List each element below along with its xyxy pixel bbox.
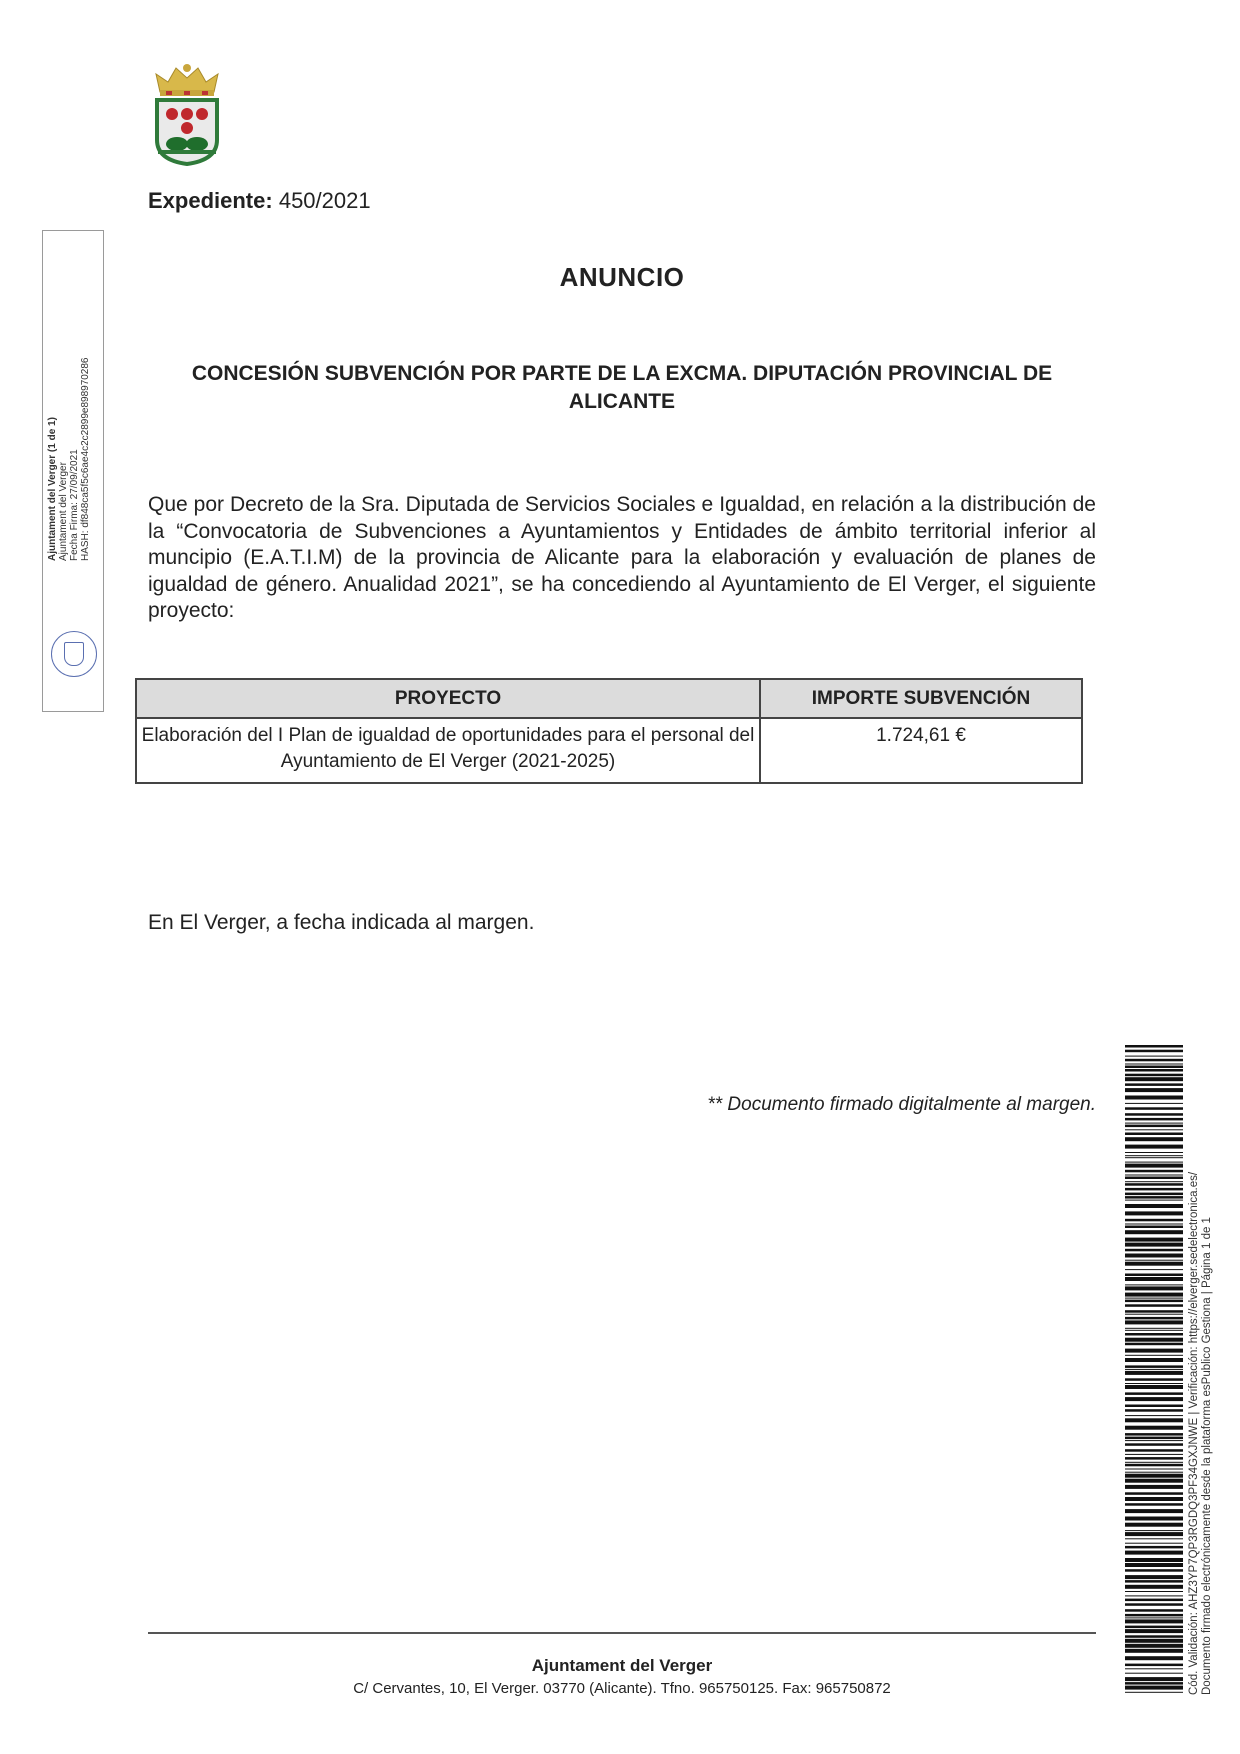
expediente-label: Expediente:	[148, 188, 273, 213]
place-date: En El Verger, a fecha indicada al margen…	[148, 911, 534, 935]
body-paragraph: Que por Decreto de la Sra. Diputada de S…	[148, 492, 1096, 625]
coat-of-arms-icon	[152, 62, 222, 166]
column-header-proyecto: PROYECTO	[136, 679, 760, 718]
table-header-row: PROYECTO IMPORTE SUBVENCIÓN	[136, 679, 1082, 718]
barcode-icon	[1125, 1045, 1183, 1695]
table-row: Elaboración del I Plan de igualdad de op…	[136, 718, 1082, 783]
grant-table: PROYECTO IMPORTE SUBVENCIÓN Elaboración …	[135, 678, 1083, 784]
signature-stamp: Ajuntament del Verger (1 de 1) Ajuntamen…	[42, 230, 104, 712]
column-header-importe: IMPORTE SUBVENCIÓN	[760, 679, 1082, 718]
document-title: ANUNCIO	[0, 262, 1240, 293]
stamp-line-4: HASH: df848ca5f5c6ae4c2c2899e898970286	[80, 358, 91, 562]
municipal-seal-icon	[51, 631, 97, 677]
footer-address: C/ Cervantes, 10, El Verger. 03770 (Alic…	[148, 1680, 1096, 1697]
expediente-line: Expediente: 450/2021	[148, 188, 371, 214]
signed-note: ** Documento firmado digitalmente al mar…	[148, 1094, 1096, 1116]
footer-divider	[148, 1632, 1096, 1634]
cell-proyecto: Elaboración del I Plan de igualdad de op…	[136, 718, 760, 783]
validation-line-2: Documento firmado electrónicamente desde…	[1201, 1217, 1213, 1695]
stamp-line-1: Ajuntament del Verger (1 de 1)	[47, 417, 58, 561]
footer-organization: Ajuntament del Verger	[148, 1656, 1096, 1676]
stamp-line-2: Ajuntament del Verger	[58, 462, 69, 561]
stamp-line-3: Fecha Firma: 27/09/2021	[69, 449, 80, 561]
expediente-value: 450/2021	[279, 188, 371, 213]
validation-line-1: Cód. Validación: AHZ3YP7QP3RGDQ3PF34GXJN…	[1188, 1172, 1200, 1695]
document-subtitle: CONCESIÓN SUBVENCIÓN POR PARTE DE LA EXC…	[148, 360, 1096, 416]
cell-importe: 1.724,61 €	[760, 718, 1082, 783]
